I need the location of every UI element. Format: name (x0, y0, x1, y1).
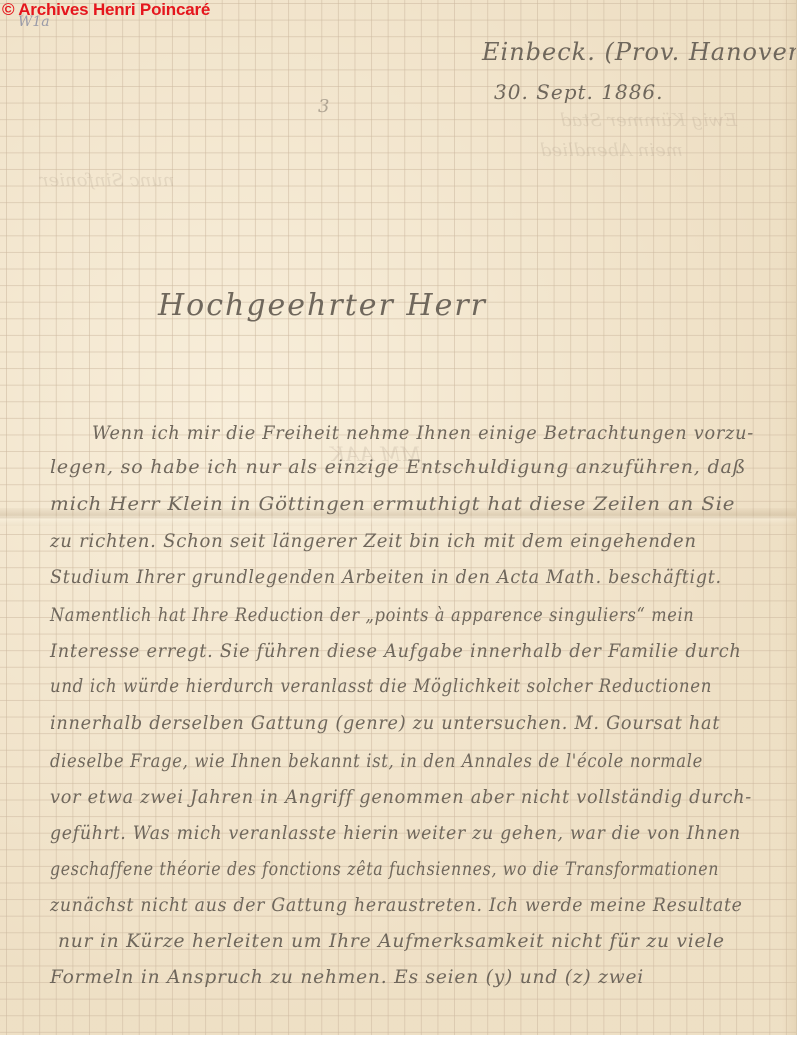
letter-salutation: Hochgeehrter Herr (158, 288, 487, 323)
body-line: Studium Ihrer grundlegenden Arbeiten in … (50, 566, 722, 588)
body-line: Wenn ich mir die Freiheit nehme Ihnen ei… (92, 422, 754, 444)
body-line: dieselbe Frage, wie Ihnen bekannt ist, i… (50, 750, 703, 772)
body-line: geführt. Was mich veranlasste hierin wei… (50, 822, 741, 844)
show-through-text: Ewig Kümmer Stad (560, 110, 737, 131)
body-line: Namentlich hat Ihre Reduction der „point… (50, 604, 694, 626)
body-line: mich Herr Klein in Göttingen ermuthigt h… (50, 493, 735, 515)
body-line: zunächst nicht aus der Gattung heraustre… (50, 894, 743, 916)
body-line: vor etwa zwei Jahren in Angriff genommen… (50, 786, 752, 808)
page-mark: 3 (318, 96, 329, 117)
scan-border (0, 1035, 800, 1043)
letter-page: Ewig Kümmer Stad mein Abendlied nunc Sin… (0, 0, 797, 1035)
body-line: nur in Kürze herleiten um Ihre Aufmerksa… (58, 930, 725, 952)
show-through-text: mein Abendlied (540, 140, 683, 161)
body-line: legen, so habe ich nur als einzige Entsc… (50, 456, 746, 478)
body-line: Formeln in Anspruch zu nehmen. Es seien … (50, 966, 644, 988)
body-line: zu richten. Schon seit längerer Zeit bin… (50, 530, 697, 552)
show-through-text: nunc Sinfonier (40, 170, 174, 191)
body-line: Interesse erregt. Sie führen diese Aufga… (50, 640, 742, 662)
body-line: innerhalb derselben Gattung (genre) zu u… (50, 712, 720, 734)
letter-date: 30. Sept. 1886. (494, 80, 664, 104)
body-line: geschaffene théorie des fonctions zêta f… (50, 858, 719, 880)
body-line: und ich würde hierdurch veranlasst die M… (50, 675, 712, 697)
archive-watermark: © Archives Henri Poincaré (2, 0, 210, 20)
letter-place: Einbeck. (Prov. Hanover) (482, 38, 797, 66)
paper-edge-shadow (782, 0, 796, 1035)
